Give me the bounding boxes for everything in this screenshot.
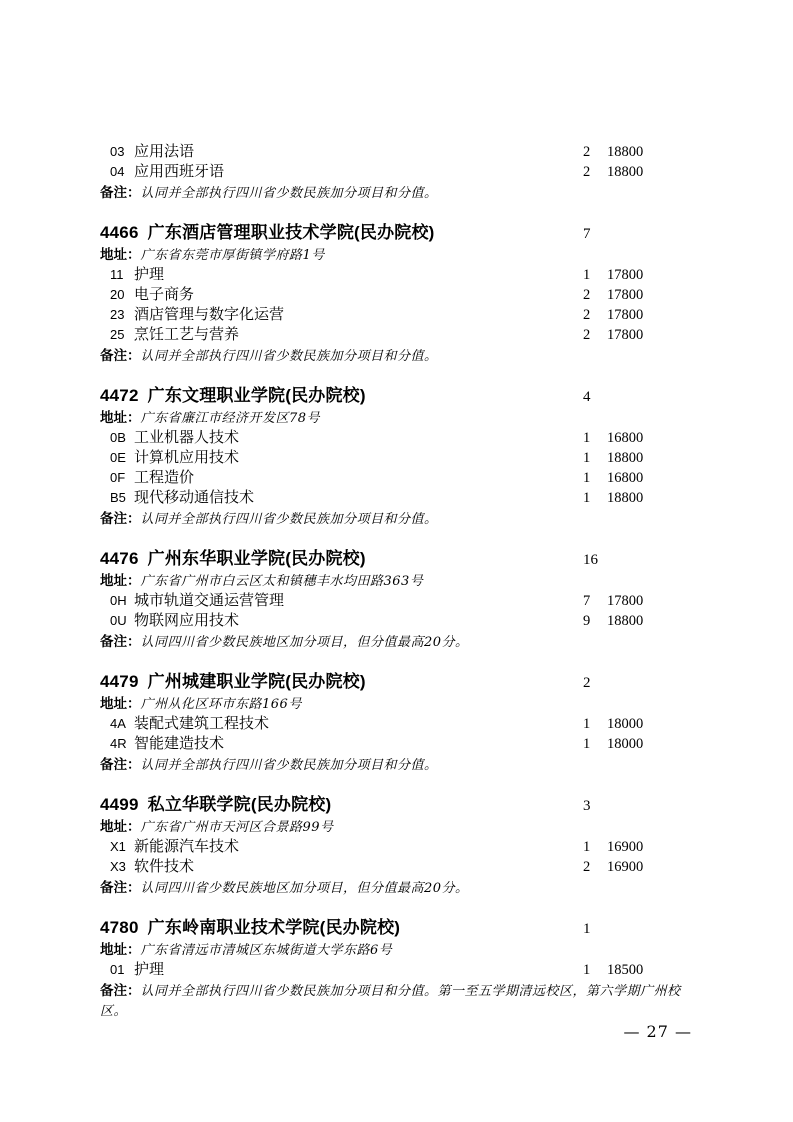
major-name: 应用法语 (134, 142, 583, 162)
school-total-count: 1 (583, 917, 607, 941)
major-list: X1 新能源汽车技术 1 16900 X3 软件技术 2 16900 (100, 837, 700, 877)
school-section-4479: 4479广州城建职业学院(民办院校) 2 地址：广州从化区环市东路166号 4A… (100, 670, 700, 775)
address-text: 广州从化区环市东路166号 (141, 697, 302, 712)
school-title: 4780广东岭南职业技术学院(民办院校) (100, 916, 583, 940)
major-count: 2 (583, 305, 607, 325)
remark-text: 认同并全部执行四川省少数民族加分项目和分值。 (141, 758, 438, 773)
remark-text: 认同并全部执行四川省少数民族加分项目和分值。 (141, 186, 438, 201)
major-count: 1 (583, 448, 607, 468)
remark-text: 认同并全部执行四川省少数民族加分项目和分值。第一至五学期清远校区，第六学期广州校… (100, 984, 681, 1019)
major-code: 0U (110, 611, 134, 631)
address-line: 地址：广东省清远市清城区东城街道大学东路6号 (100, 941, 700, 960)
school-title: 4472广东文理职业学院(民办院校) (100, 384, 583, 408)
address-label: 地址： (100, 573, 141, 588)
major-code: 4A (110, 714, 134, 734)
address-line: 地址：广东省廉江市经济开发区78号 (100, 409, 700, 428)
school-total-count: 4 (583, 385, 607, 409)
major-count: 2 (583, 325, 607, 345)
major-name: 物联网应用技术 (134, 611, 583, 631)
major-row: 03 应用法语 2 18800 (100, 142, 700, 162)
address-label: 地址： (100, 819, 141, 834)
remark-line: 备注：认同并全部执行四川省少数民族加分项目和分值。 (100, 183, 700, 203)
address-line: 地址：广东省东莞市厚街镇学府路1号 (100, 246, 700, 265)
major-code: 0E (110, 448, 134, 468)
major-list: 0B 工业机器人技术 1 16800 0E 计算机应用技术 1 18800 0F… (100, 428, 700, 508)
remark-text: 认同并全部执行四川省少数民族加分项目和分值。 (141, 512, 438, 527)
major-fee: 17800 (607, 305, 648, 325)
major-name: 工程造价 (134, 468, 583, 488)
major-code: X3 (110, 857, 134, 877)
major-fee: 18000 (607, 734, 648, 754)
address-line: 地址：广州从化区环市东路166号 (100, 695, 700, 714)
major-row: 0U 物联网应用技术 9 18800 (100, 611, 700, 631)
major-fee: 17800 (607, 265, 648, 285)
address-label: 地址： (100, 247, 141, 262)
major-row: X3 软件技术 2 16900 (100, 857, 700, 877)
major-row: 11 护理 1 17800 (100, 265, 700, 285)
remark-text: 认同四川省少数民族地区加分项目，但分值最高20分。 (141, 635, 469, 650)
school-name: 广东酒店管理职业技术学院(民办院校) (148, 223, 435, 242)
major-name: 护理 (134, 960, 583, 980)
major-count: 1 (583, 960, 607, 980)
remark-label: 备注： (100, 757, 141, 772)
school-heading: 4780广东岭南职业技术学院(民办院校) 1 (100, 916, 700, 941)
address-line: 地址：广东省广州市天河区合景路99号 (100, 818, 700, 837)
major-row: 0F 工程造价 1 16800 (100, 468, 700, 488)
school-total-count: 7 (583, 222, 607, 246)
major-count: 1 (583, 428, 607, 448)
major-row: 0H 城市轨道交通运营管理 7 17800 (100, 591, 700, 611)
major-fee: 18800 (607, 611, 648, 631)
address-text: 广东省廉江市经济开发区78号 (141, 411, 321, 426)
school-total-count: 3 (583, 794, 607, 818)
remark-line: 备注：认同并全部执行四川省少数民族加分项目和分值。 (100, 509, 700, 529)
school-heading: 4499私立华联学院(民办院校) 3 (100, 793, 700, 818)
major-code: 23 (110, 305, 134, 325)
major-fee: 18000 (607, 714, 648, 734)
address-text: 广东省广州市白云区太和镇穗丰水均田路363号 (141, 574, 424, 589)
school-code: 4476 (100, 549, 139, 568)
major-count: 1 (583, 488, 607, 508)
major-name: 应用西班牙语 (134, 162, 583, 182)
major-count: 1 (583, 837, 607, 857)
major-code: B5 (110, 488, 134, 508)
school-name: 私立华联学院(民办院校) (148, 795, 332, 814)
major-code: 0F (110, 468, 134, 488)
major-code: 04 (110, 162, 134, 182)
major-name: 软件技术 (134, 857, 583, 877)
school-name: 广州城建职业学院(民办院校) (148, 672, 366, 691)
remark-label: 备注： (100, 185, 141, 200)
major-count: 1 (583, 714, 607, 734)
major-name: 酒店管理与数字化运营 (134, 305, 583, 325)
school-code: 4479 (100, 672, 139, 691)
major-code: 03 (110, 142, 134, 162)
major-name: 城市轨道交通运营管理 (134, 591, 583, 611)
major-fee: 16900 (607, 857, 648, 877)
school-heading: 4479广州城建职业学院(民办院校) 2 (100, 670, 700, 695)
school-section-continuation: 03 应用法语 2 18800 04 应用西班牙语 2 18800 备注：认同并… (100, 142, 700, 203)
school-code: 4466 (100, 223, 139, 242)
major-code: 4R (110, 734, 134, 754)
major-list: 4A 装配式建筑工程技术 1 18000 4R 智能建造技术 1 18000 (100, 714, 700, 754)
address-label: 地址： (100, 410, 141, 425)
major-code: 11 (110, 265, 134, 285)
school-section-4499: 4499私立华联学院(民办院校) 3 地址：广东省广州市天河区合景路99号 X1… (100, 793, 700, 898)
major-name: 工业机器人技术 (134, 428, 583, 448)
major-fee: 18800 (607, 142, 648, 162)
school-title: 4479广州城建职业学院(民办院校) (100, 670, 583, 694)
address-text: 广东省东莞市厚街镇学府路1号 (141, 248, 325, 263)
major-fee: 16800 (607, 428, 648, 448)
school-total-count: 2 (583, 671, 607, 695)
major-row: 0B 工业机器人技术 1 16800 (100, 428, 700, 448)
major-fee: 17800 (607, 591, 648, 611)
major-count: 2 (583, 162, 607, 182)
school-code: 4499 (100, 795, 139, 814)
major-list: 0H 城市轨道交通运营管理 7 17800 0U 物联网应用技术 9 18800 (100, 591, 700, 631)
major-name: 护理 (134, 265, 583, 285)
major-count: 1 (583, 468, 607, 488)
major-code: 20 (110, 285, 134, 305)
major-list: 03 应用法语 2 18800 04 应用西班牙语 2 18800 (100, 142, 700, 182)
major-row: 4A 装配式建筑工程技术 1 18000 (100, 714, 700, 734)
document-body: 03 应用法语 2 18800 04 应用西班牙语 2 18800 备注：认同并… (100, 142, 700, 1021)
major-row: 23 酒店管理与数字化运营 2 17800 (100, 305, 700, 325)
school-title: 4476广州东华职业学院(民办院校) (100, 547, 583, 571)
major-row: 01 护理 1 18500 (100, 960, 700, 980)
school-name: 广州东华职业学院(民办院校) (148, 549, 366, 568)
major-code: 01 (110, 960, 134, 980)
major-fee: 16900 (607, 837, 648, 857)
major-row: 4R 智能建造技术 1 18000 (100, 734, 700, 754)
remark-label: 备注： (100, 348, 141, 363)
address-text: 广东省广州市天河区合景路99号 (141, 820, 334, 835)
major-row: 0E 计算机应用技术 1 18800 (100, 448, 700, 468)
major-row: 04 应用西班牙语 2 18800 (100, 162, 700, 182)
major-name: 现代移动通信技术 (134, 488, 583, 508)
school-section-4780: 4780广东岭南职业技术学院(民办院校) 1 地址：广东省清远市清城区东城街道大… (100, 916, 700, 1021)
school-name: 广东岭南职业技术学院(民办院校) (148, 918, 401, 937)
school-title: 4499私立华联学院(民办院校) (100, 793, 583, 817)
major-fee: 17800 (607, 325, 648, 345)
major-name: 烹饪工艺与营养 (134, 325, 583, 345)
school-heading: 4466广东酒店管理职业技术学院(民办院校) 7 (100, 221, 700, 246)
major-code: X1 (110, 837, 134, 857)
major-code: 0B (110, 428, 134, 448)
remark-line: 备注：认同四川省少数民族地区加分项目，但分值最高20分。 (100, 878, 700, 898)
remark-line: 备注：认同并全部执行四川省少数民族加分项目和分值。 (100, 755, 700, 775)
major-fee: 18800 (607, 448, 648, 468)
major-fee: 18800 (607, 162, 648, 182)
school-heading: 4472广东文理职业学院(民办院校) 4 (100, 384, 700, 409)
school-name: 广东文理职业学院(民办院校) (148, 386, 366, 405)
school-title: 4466广东酒店管理职业技术学院(民办院校) (100, 221, 583, 245)
major-count: 1 (583, 265, 607, 285)
remark-text: 认同并全部执行四川省少数民族加分项目和分值。 (141, 349, 438, 364)
remark-label: 备注： (100, 511, 141, 526)
major-count: 2 (583, 142, 607, 162)
major-name: 新能源汽车技术 (134, 837, 583, 857)
major-count: 2 (583, 857, 607, 877)
major-row: B5 现代移动通信技术 1 18800 (100, 488, 700, 508)
address-label: 地址： (100, 942, 141, 957)
school-section-4472: 4472广东文理职业学院(民办院校) 4 地址：广东省廉江市经济开发区78号 0… (100, 384, 700, 529)
remark-line: 备注：认同并全部执行四川省少数民族加分项目和分值。 (100, 346, 700, 366)
remark-text: 认同四川省少数民族地区加分项目，但分值最高20分。 (141, 881, 469, 896)
major-row: 20 电子商务 2 17800 (100, 285, 700, 305)
remark-label: 备注： (100, 634, 141, 649)
address-label: 地址： (100, 696, 141, 711)
major-fee: 18500 (607, 960, 648, 980)
major-count: 7 (583, 591, 607, 611)
major-count: 9 (583, 611, 607, 631)
major-fee: 16800 (607, 468, 648, 488)
major-fee: 17800 (607, 285, 648, 305)
remark-label: 备注： (100, 983, 141, 998)
school-section-4476: 4476广州东华职业学院(民办院校) 16 地址：广东省广州市白云区太和镇穗丰水… (100, 547, 700, 652)
major-count: 2 (583, 285, 607, 305)
school-code: 4472 (100, 386, 139, 405)
address-text: 广东省清远市清城区东城街道大学东路6号 (141, 943, 393, 958)
remark-line: 备注：认同并全部执行四川省少数民族加分项目和分值。第一至五学期清远校区，第六学期… (100, 981, 700, 1021)
school-heading: 4476广州东华职业学院(民办院校) 16 (100, 547, 700, 572)
major-list: 01 护理 1 18500 (100, 960, 700, 980)
major-name: 装配式建筑工程技术 (134, 714, 583, 734)
major-code: 25 (110, 325, 134, 345)
major-name: 计算机应用技术 (134, 448, 583, 468)
remark-line: 备注：认同四川省少数民族地区加分项目，但分值最高20分。 (100, 632, 700, 652)
major-count: 1 (583, 734, 607, 754)
remark-label: 备注： (100, 880, 141, 895)
major-list: 11 护理 1 17800 20 电子商务 2 17800 23 酒店管理与数字… (100, 265, 700, 345)
school-code: 4780 (100, 918, 139, 937)
major-row: 25 烹饪工艺与营养 2 17800 (100, 325, 700, 345)
major-fee: 18800 (607, 488, 648, 508)
major-row: X1 新能源汽车技术 1 16900 (100, 837, 700, 857)
school-total-count: 16 (583, 548, 607, 572)
school-section-4466: 4466广东酒店管理职业技术学院(民办院校) 7 地址：广东省东莞市厚街镇学府路… (100, 221, 700, 366)
major-name: 电子商务 (134, 285, 583, 305)
major-name: 智能建造技术 (134, 734, 583, 754)
major-code: 0H (110, 591, 134, 611)
page-number: — 27 — (623, 1022, 692, 1041)
address-line: 地址：广东省广州市白云区太和镇穗丰水均田路363号 (100, 572, 700, 591)
